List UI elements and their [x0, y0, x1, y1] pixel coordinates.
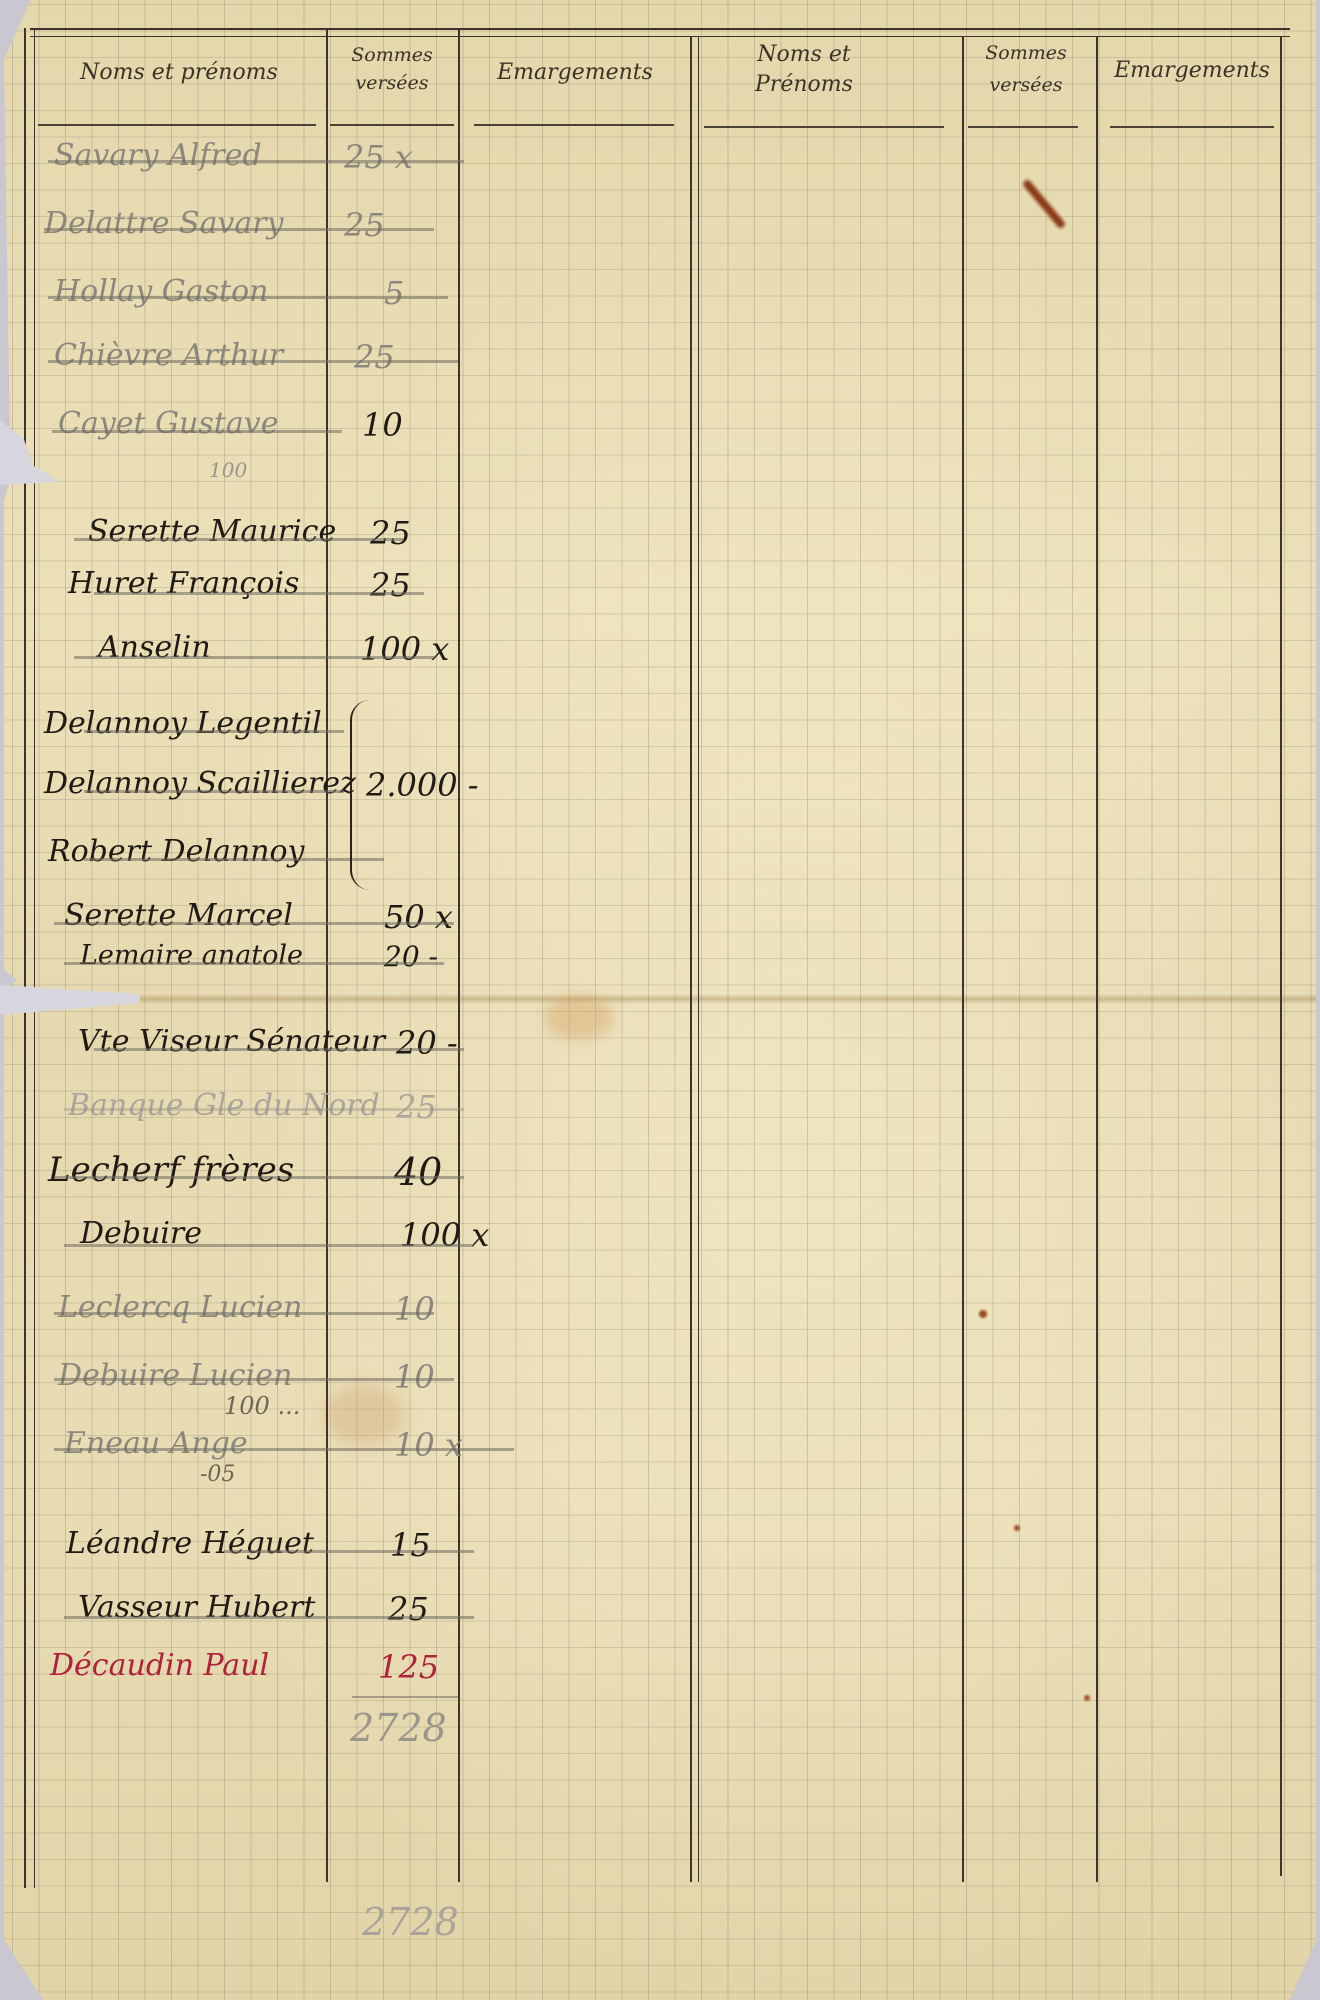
grouping-brace — [350, 700, 378, 890]
ledger-entry: Lemaire anatole 20 - — [44, 940, 1044, 990]
pencil-note: 100 ... — [224, 1392, 300, 1420]
header-underline — [1110, 126, 1274, 128]
header-underline — [330, 124, 454, 126]
entry-amount: 5 — [384, 274, 404, 312]
pencil-note: 100 — [209, 458, 247, 482]
strikethrough-line — [84, 730, 344, 733]
header-amounts-right-1: Sommes — [966, 42, 1086, 65]
entry-name: Serette Marcel — [64, 898, 293, 933]
entry-amount: 25 — [354, 338, 395, 376]
entry-amount: 50 x — [384, 898, 453, 936]
ledger-entry: Leclercq Lucien 10 — [44, 1290, 1044, 1340]
ledger-entry: Eneau Ange 10 x — [44, 1426, 1044, 1476]
ledger-entry: Banque Gle du Nord 25 — [44, 1088, 1044, 1138]
entry-amount: 10 — [394, 1290, 435, 1328]
strikethrough-line — [48, 360, 458, 363]
entry-name: Vasseur Hubert — [78, 1590, 315, 1625]
entry-name: Savary Alfred — [54, 138, 262, 173]
ledger-entry: Delattre Savary 25 — [44, 206, 1044, 256]
entry-amount: 20 - — [396, 1024, 458, 1062]
strikethrough-line — [84, 858, 384, 861]
ledger-entry: Lecherf frères 40 — [44, 1150, 1044, 1200]
strikethrough-line — [74, 656, 434, 659]
header-underline — [474, 124, 674, 126]
strikethrough-line — [54, 1312, 434, 1315]
header-underline — [968, 126, 1078, 128]
header-amounts-right-2: versées — [966, 74, 1086, 97]
ledger-entry: Savary Alfred 25 x — [44, 138, 1044, 188]
ledger-entry: Huret François 25 — [44, 566, 1044, 616]
entry-name: Hollay Gaston — [54, 274, 268, 309]
ledger-entry: Delannoy Scaillierez 2.000 - — [44, 766, 1044, 816]
entry-name: Léandre Héguet — [66, 1526, 314, 1561]
strikethrough-line — [54, 922, 454, 925]
header-underline — [704, 126, 944, 128]
entry-amount: 15 — [390, 1526, 431, 1564]
entry-amount: 125 — [378, 1648, 439, 1686]
entry-name: Delannoy Scaillierez — [44, 766, 356, 801]
ledger-entry: Vte Viseur Sénateur 20 - — [44, 1024, 1044, 1074]
strikethrough-line — [48, 160, 464, 163]
ledger-entry: Delannoy Legentil — [44, 706, 1044, 756]
ledger-entry: Serette Maurice 25 — [44, 514, 1044, 564]
header-signatures-left: Emargements — [470, 60, 680, 86]
header-amounts-left-2: versées — [330, 72, 454, 95]
entry-name: Décaudin Paul — [50, 1648, 269, 1683]
entry-name: Cayet Gustave — [58, 406, 278, 441]
strikethrough-line — [54, 1378, 454, 1381]
entry-name: Delannoy Legentil — [44, 706, 322, 741]
ledger-entry: Chièvre Arthur 25 — [44, 338, 1044, 388]
entry-amount: 25 — [344, 206, 385, 244]
header-underline — [38, 124, 316, 126]
ledger-entry: Décaudin Paul 125 — [44, 1648, 1044, 1698]
left-margin-rule-inner — [34, 28, 35, 1888]
entry-name: Banque Gle du Nord — [68, 1088, 380, 1123]
entry-name: Chièvre Arthur — [54, 338, 283, 373]
entry-amount: 20 - — [384, 940, 438, 973]
entry-amount: 40 — [394, 1150, 442, 1194]
table-top-rule-inner — [30, 36, 1290, 37]
entry-name: Robert Delannoy — [48, 834, 304, 869]
total-underline-pencil — [352, 1696, 458, 1698]
entry-name: Lemaire anatole — [80, 940, 303, 971]
entry-amount: 2.000 - — [366, 766, 479, 804]
ledger-entry: Anselin 100 x — [44, 630, 1044, 680]
right-margin-rule — [1280, 36, 1282, 1876]
pencil-total: 2728 — [350, 1706, 447, 1750]
header-signatures-right: Emargements — [1102, 58, 1282, 84]
entry-amount: 100 x — [360, 630, 449, 668]
table-top-rule — [30, 28, 1290, 30]
header-names-right-1: Noms et — [704, 42, 904, 68]
strikethrough-line — [52, 430, 342, 433]
strikethrough-line — [64, 1244, 474, 1247]
header-amounts-left-1: Sommes — [330, 44, 454, 67]
left-margin-rule — [24, 28, 26, 1888]
ledger-entry: Léandre Héguet 15 — [44, 1526, 1044, 1576]
header-names-left: Noms et prénoms — [44, 60, 314, 86]
entry-name: Delattre Savary — [44, 206, 284, 241]
entry-name: Vte Viseur Sénateur — [78, 1024, 385, 1059]
strikethrough-line — [64, 1616, 474, 1619]
column-divider-amounts-signatures-right — [1096, 36, 1098, 1882]
entry-amount: 100 x — [400, 1216, 489, 1254]
entry-name: Eneau Ange — [64, 1426, 248, 1461]
entry-amount: 25 — [370, 566, 411, 604]
rust-spot — [1084, 1695, 1090, 1701]
entry-amount: 10 — [394, 1358, 435, 1396]
ledger-entry: Robert Delannoy — [44, 834, 1044, 884]
strikethrough-line — [94, 1048, 464, 1051]
pencil-total-bottom: 2728 — [362, 1900, 459, 1944]
strikethrough-line — [54, 1176, 464, 1179]
entry-amount: 10 x — [394, 1426, 463, 1464]
paper-fold-crease — [4, 994, 1316, 1004]
ledger-entry: Cayet Gustave 10 — [44, 406, 1044, 456]
strikethrough-line — [94, 592, 424, 595]
entry-name: Serette Maurice — [88, 514, 336, 549]
entry-amount: 10 — [362, 406, 403, 444]
entry-name: Lecherf frères — [48, 1150, 294, 1190]
entry-name: Debuire Lucien — [58, 1358, 292, 1393]
entry-name: Leclercq Lucien — [58, 1290, 302, 1325]
entry-amount: 25 — [388, 1590, 429, 1628]
header-names-right-2: Prénoms — [704, 72, 904, 98]
strikethrough-line — [54, 1448, 514, 1451]
ledger-entry: Vasseur Hubert 25 — [44, 1590, 1044, 1640]
strikethrough-line — [64, 1108, 464, 1111]
strikethrough-line — [64, 962, 444, 965]
strikethrough-line — [84, 790, 344, 793]
strikethrough-line — [74, 538, 404, 541]
strikethrough-line — [224, 1550, 474, 1553]
ledger-entry: Hollay Gaston 5 — [44, 274, 1044, 324]
entry-name: Anselin — [98, 630, 211, 665]
ledger-entry: Debuire 100 x — [44, 1216, 1044, 1266]
ledger-page: Noms et prénoms Sommes versées Emargemen… — [4, 0, 1316, 2000]
ledger-entry: Debuire Lucien 10 — [44, 1358, 1044, 1408]
entry-amount: 25 — [370, 514, 411, 552]
pencil-note: -05 — [200, 1462, 235, 1487]
entry-name: Huret François — [68, 566, 299, 601]
entry-amount: 25 x — [344, 138, 413, 176]
strikethrough-line — [44, 228, 434, 231]
entry-amount: 25 — [396, 1088, 437, 1126]
strikethrough-line — [48, 296, 448, 299]
